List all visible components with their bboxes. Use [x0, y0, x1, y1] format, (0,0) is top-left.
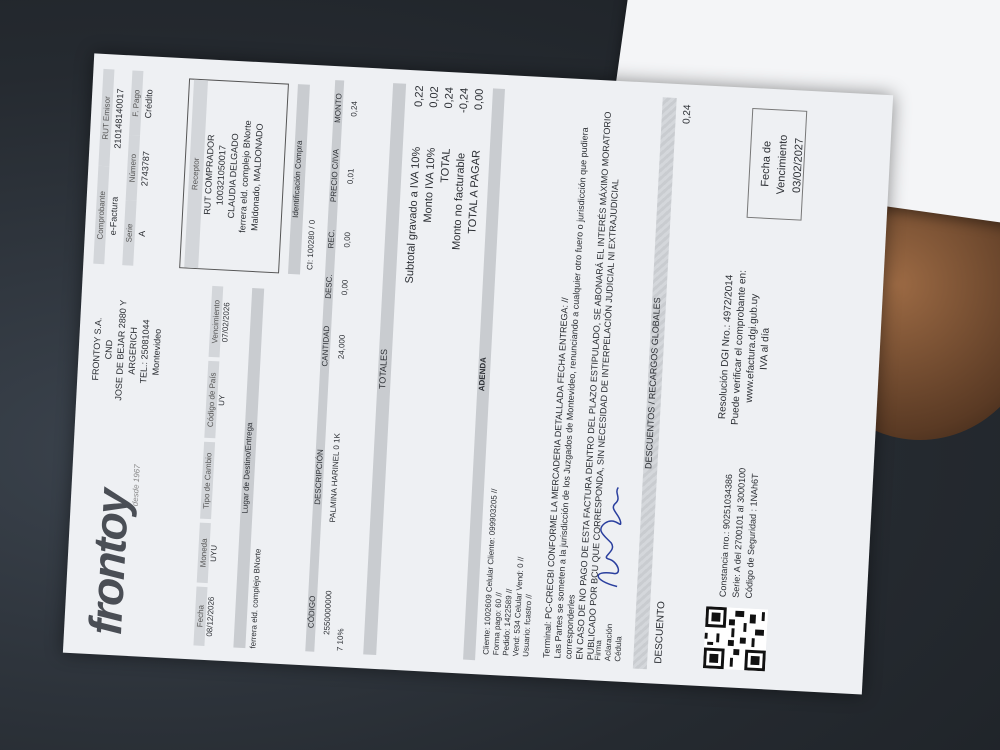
item-codigo: 2550000000: [321, 573, 334, 653]
logo-tagline: desde 1967: [131, 464, 142, 506]
numero: 2743787: [139, 151, 151, 187]
meta-row: Fecha08/12/2026 MonedaUYU Tipo de Cambio…: [193, 286, 232, 647]
emisor-info: FRONTOY S.A. CND JOSE DE BEJAR 2880 Y AR…: [87, 274, 167, 428]
comprobante-label: Comprobante: [93, 166, 109, 264]
forma-pago-label: F. Pago: [129, 70, 143, 135]
col-cantidad: CANTIDAD: [319, 310, 332, 382]
col-desc: DESC.: [323, 263, 334, 311]
serie: A: [137, 230, 147, 237]
firma-block: Firma Aclaración Cédula: [593, 623, 625, 662]
receptor-box: Receptor RUT COMPRADOR 100321050017 CLAU…: [179, 78, 289, 273]
item-code-prefix: 7 10%: [335, 628, 345, 651]
descuento-label: DESCUENTO: [653, 601, 667, 664]
item-desc: 0,00: [339, 263, 350, 311]
item-precio: 0,01: [344, 136, 357, 216]
fecha-vencimiento-box: Fecha de Vencimiento 03/02/2027: [747, 108, 808, 221]
item-rec: 0,00: [342, 216, 353, 264]
item-monto: 0,24: [348, 81, 360, 137]
fecha: 08/12/2026: [205, 596, 216, 636]
lugar-entrega-value: ferrera eld. complejo BNorte: [248, 548, 262, 648]
tipo-cambio-label: Tipo de Cambio: [200, 442, 215, 520]
col-rec: REC.: [326, 215, 337, 263]
identificacion-compra-value: CI: 100280 / 0: [305, 220, 317, 271]
qr-code-icon: [703, 606, 768, 671]
moneda: UYU: [209, 545, 219, 562]
descuento-value: 0,24: [681, 104, 693, 124]
col-codigo: CÓDIGO: [305, 572, 318, 652]
col-descripcion: DESCRIPCIÓN: [309, 382, 328, 573]
col-monto: MONTO: [332, 80, 344, 136]
comprobante-header: Comprobantee-Factura RUT Emisor210148140…: [93, 69, 155, 266]
vencimiento: 07/02/2026: [220, 302, 231, 342]
serie-label: Serie: [122, 200, 136, 265]
comprobante-tipo: e-Factura: [108, 196, 120, 235]
footer-dgi: Resolución DGI Nro.: 4972/2014 Puede ver…: [713, 217, 779, 479]
handwritten-signature-icon: [587, 480, 633, 592]
frontoy-logo: frontoy: [78, 489, 139, 636]
item-cantidad: 24,000: [335, 311, 348, 383]
col-precio: PRECIO C/IVA: [328, 136, 341, 216]
rut-emisor: 210148140017: [112, 88, 125, 149]
item-descripcion: PALMINA HARINEL 0 1K: [325, 382, 344, 573]
totales-lines: Subtotal gravado a IVA 10%0,22 Monto IVA…: [398, 85, 488, 374]
codigo-pais: UY: [217, 395, 227, 407]
cedula-label: Cédula: [613, 624, 625, 662]
forma-pago: Crédito: [143, 89, 155, 118]
footer-constancia: Constancia nro.: 90251034386 Serie: A de…: [717, 467, 763, 599]
e-factura-receipt: frontoy desde 1967 FRONTOY S.A. CND JOSE…: [63, 53, 893, 694]
rut-emisor-label: RUT Emisor: [98, 69, 114, 167]
numero-label: Número: [126, 135, 140, 200]
